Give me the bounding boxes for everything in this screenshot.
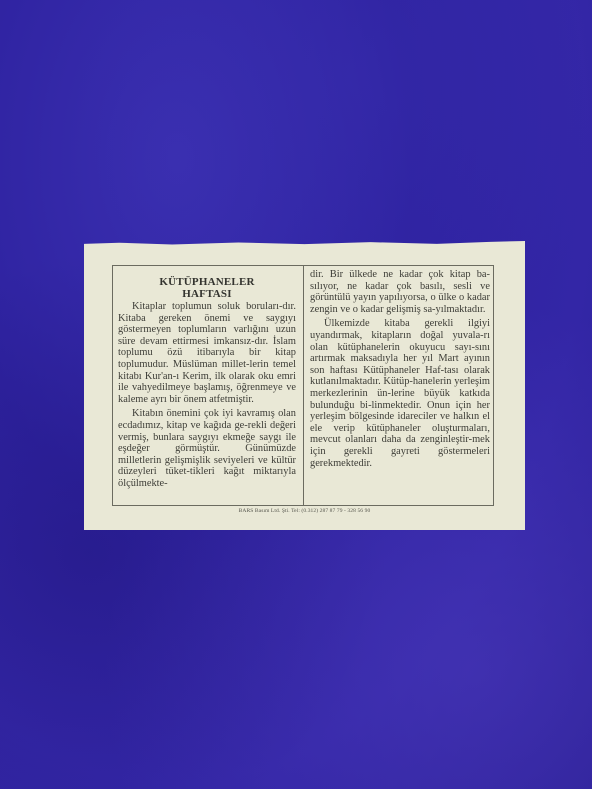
paragraph: Kitaplar toplumun soluk boruları-dır. Ki… bbox=[118, 301, 296, 405]
title-line-2: HAFTASI bbox=[118, 289, 296, 301]
paragraph-continued: dir. Bir ülkede ne kadar çok kitap ba-sı… bbox=[310, 269, 490, 315]
printer-footer: BARS Basım Ltd. Şti. Tel: (0.312) 287 87… bbox=[84, 508, 525, 514]
article-frame: KÜTÜPHANELER HAFTASI Kitaplar toplumun s… bbox=[112, 265, 494, 506]
article-title: KÜTÜPHANELER HAFTASI bbox=[118, 277, 296, 300]
paragraph: Kitabın önemini çok iyi kavramış olan ec… bbox=[118, 408, 296, 489]
column-divider bbox=[303, 266, 304, 505]
paper-clipping: KÜTÜPHANELER HAFTASI Kitaplar toplumun s… bbox=[84, 241, 525, 530]
title-line-1: KÜTÜPHANELER bbox=[118, 277, 296, 289]
right-column: dir. Bir ülkede ne kadar çok kitap ba-sı… bbox=[310, 269, 490, 472]
paragraph: Ülkemizde kitaba gerekli ilgiyi uyandırm… bbox=[310, 318, 490, 469]
left-column: KÜTÜPHANELER HAFTASI Kitaplar toplumun s… bbox=[118, 269, 296, 493]
